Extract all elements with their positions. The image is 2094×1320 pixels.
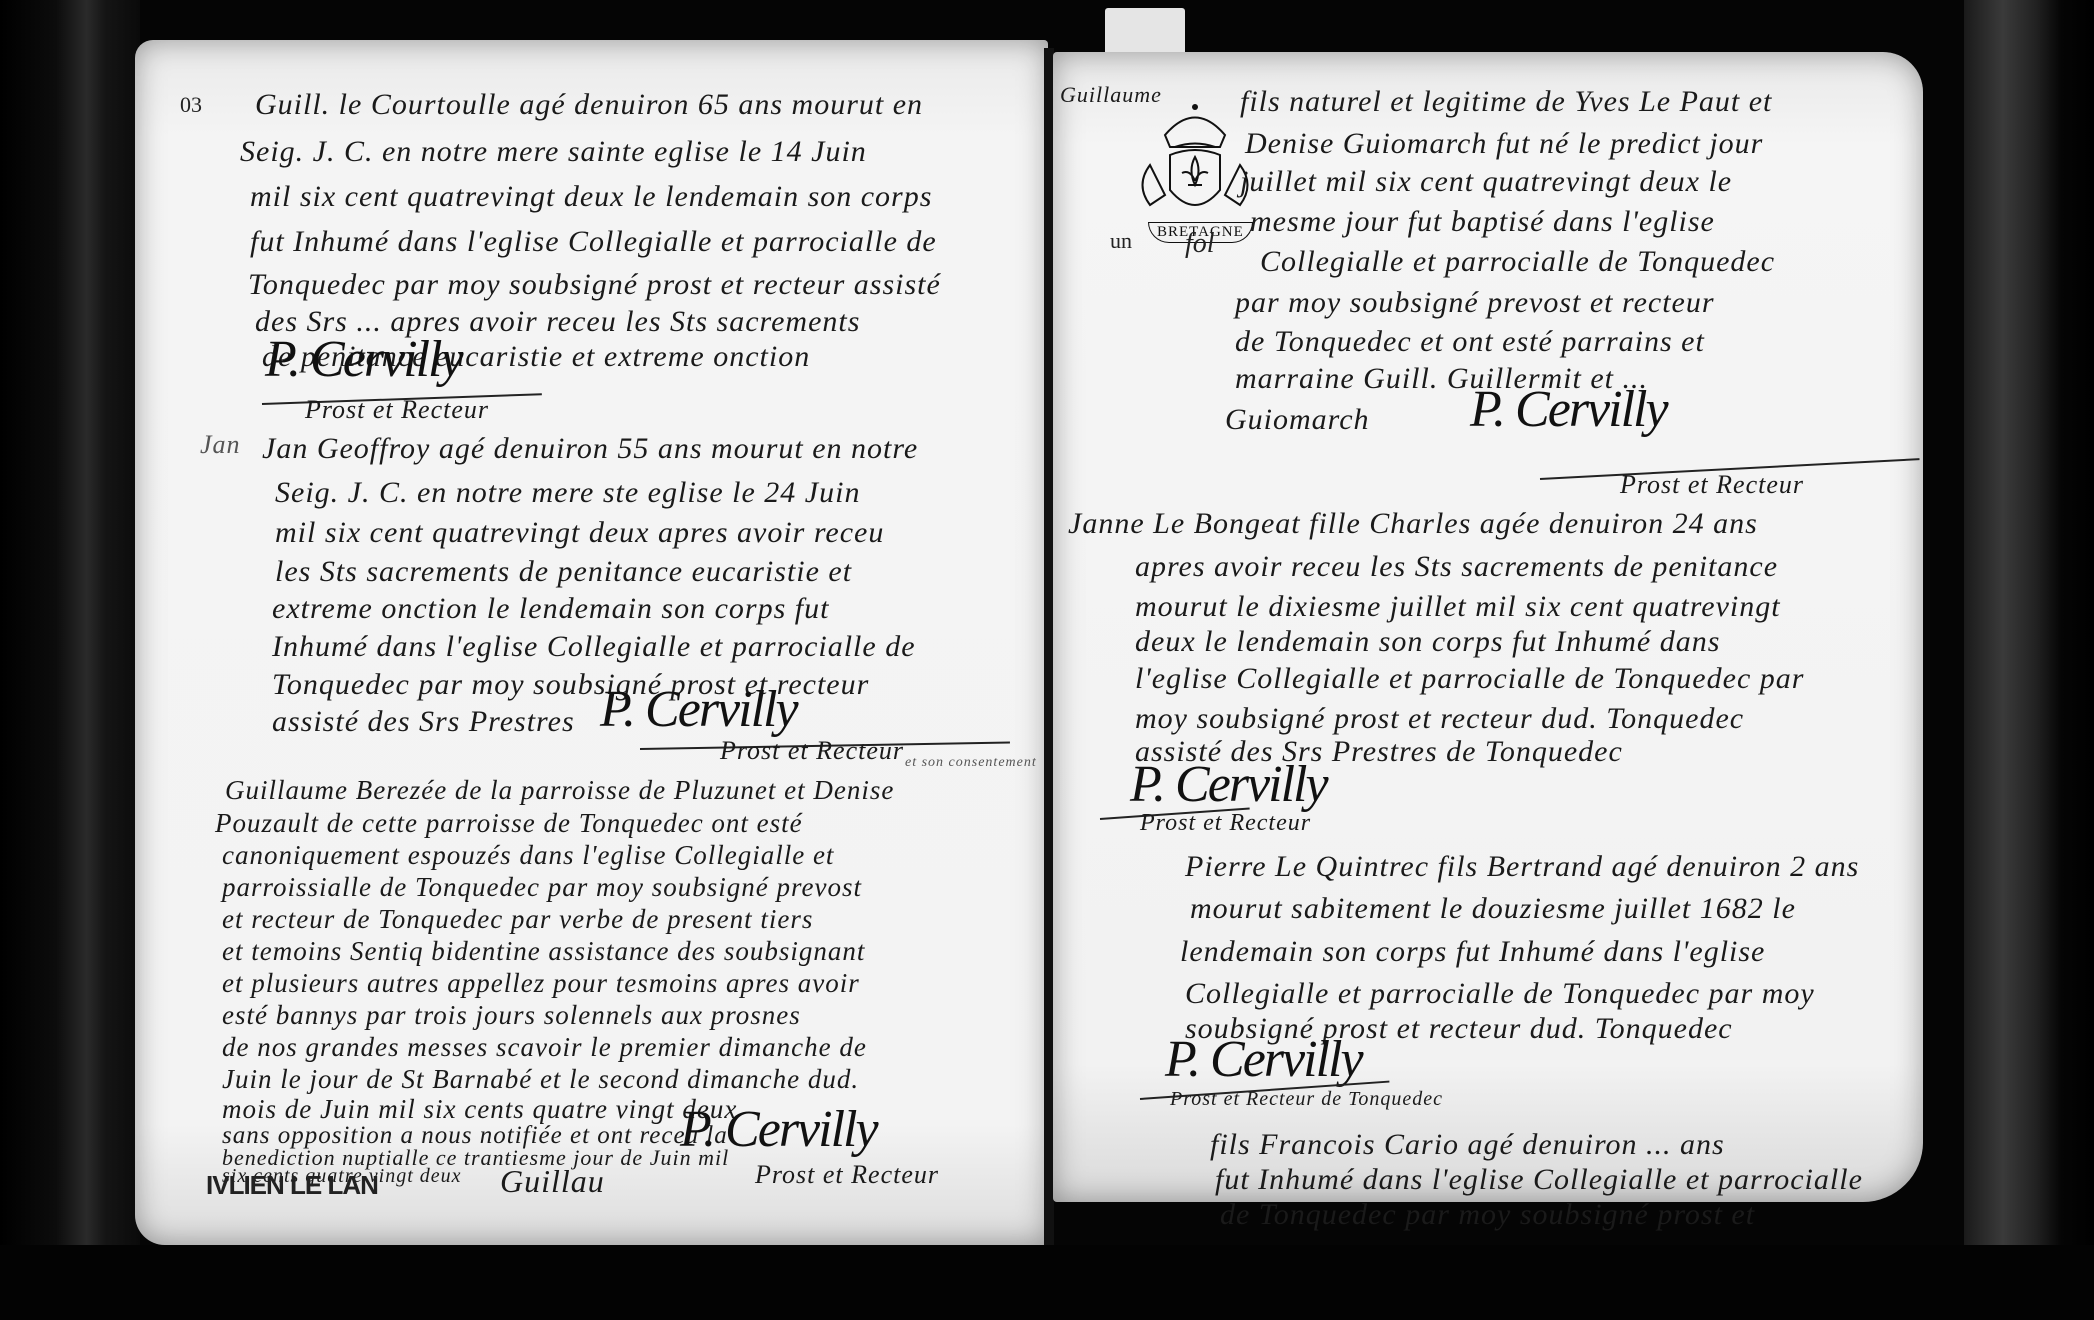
entry-line: par moy soubsigné prevost et recteur (1235, 286, 1715, 320)
entry-line: mil six cent quatrevingt deux le lendema… (250, 180, 932, 214)
entry-line: Inhumé dans l'eglise Collegialle et parr… (272, 630, 916, 664)
entry-line: moy soubsigné prost et recteur dud. Tonq… (1135, 702, 1744, 736)
entry-line: fils Francois Cario agé denuiron ... ans (1210, 1128, 1725, 1162)
entry-line: Jan Geoffroy agé denuiron 55 ans mourut … (262, 432, 918, 466)
signature-title: Prost et Recteur (305, 395, 489, 425)
entry-line: Collegialle et parrocialle de Tonquedec … (1185, 977, 1815, 1011)
signature-title: Prost et Recteur de Tonquedec (1170, 1088, 1443, 1111)
entry-line: et plusieurs autres appellez pour tesmoi… (222, 968, 860, 999)
witness-signature: Guillau (500, 1163, 605, 1200)
entry-line: Guiomarch (1225, 403, 1370, 437)
entry-line: assisté des Srs Prestres (272, 705, 575, 739)
entry-line: mil six cent quatrevingt deux apres avoi… (275, 516, 884, 550)
entry-line: l'eglise Collegialle et parrocialle de T… (1135, 662, 1804, 696)
entry-line: mois de Juin mil six cents quatre vingt … (222, 1094, 737, 1125)
priest-signature: P. Cervilly (600, 680, 797, 739)
entry-line: Pouzault de cette parroisse de Tonquedec… (215, 808, 803, 839)
entry-line: Tonquedec par moy soubsigné prost et rec… (248, 268, 941, 302)
signature-title: Prost et Recteur (755, 1160, 939, 1190)
entry-line: de Tonquedec et ont esté parrains et (1235, 325, 1705, 359)
entry-line: et temoins Sentiq bidentine assistance d… (222, 936, 865, 967)
entry-line: deux le lendemain son corps fut Inhumé d… (1135, 625, 1720, 659)
entry-line: Denise Guiomarch fut né le predict jour (1245, 127, 1763, 161)
entry-line: mourut le dixiesme juillet mil six cent … (1135, 590, 1781, 624)
priest-signature: P. Cervilly (680, 1100, 877, 1159)
entry-line: Collegialle et parrocialle de Tonquedec (1260, 245, 1775, 279)
signature-title: Prost et Recteur (720, 736, 904, 766)
entry-line: de nos grandes messes scavoir le premier… (222, 1032, 867, 1063)
entry-line: canoniquement espouzés dans l'eglise Col… (222, 840, 834, 871)
entry-line: lendemain son corps fut Inhumé dans l'eg… (1180, 935, 1765, 969)
entry-line: Seig. J. C. en notre mere ste eglise le … (275, 476, 860, 510)
entry-line: et recteur de Tonquedec par verbe de pre… (222, 904, 813, 935)
entry-line: esté bannys par trois jours solennels au… (222, 1000, 801, 1031)
entry-line: mourut sabitement le douziesme juillet 1… (1190, 892, 1796, 926)
priest-signature: P. Cervilly (265, 330, 462, 389)
entry-line: de Tonquedec par moy soubsigné prost et (1220, 1198, 1755, 1232)
witness-signature: IVLIEN LE LAN (206, 1170, 378, 1201)
entry-line: fut Inhumé dans l'eglise Collegialle et … (250, 225, 937, 259)
signature-title: Prost et Recteur (1620, 470, 1804, 500)
entry-line: Guillaume Berezée de la parroisse de Plu… (225, 775, 894, 806)
entry-line: juillet mil six cent quatrevingt deux le (1240, 165, 1732, 199)
entry-line: Juin le jour de St Barnabé et le second … (222, 1064, 859, 1095)
priest-signature: P. Cervilly (1470, 380, 1667, 439)
margin-name: Guillaume (1060, 82, 1162, 108)
page-tab-marker (1105, 8, 1185, 56)
signature-title: Prost et Recteur (1140, 810, 1311, 837)
folio-mark: fol (1185, 228, 1215, 260)
entry-line: apres avoir receu les Sts sacrements de … (1135, 550, 1778, 584)
margin-number: 03 (180, 92, 202, 118)
entry-line: Pierre Le Quintrec fils Bertrand agé den… (1185, 850, 1859, 884)
entry-line: extreme onction le lendemain son corps f… (272, 592, 829, 626)
book-binding-right (1964, 0, 2094, 1320)
margin-insert: et son consentement (905, 755, 1037, 771)
entry-line: parroissialle de Tonquedec par moy soubs… (222, 872, 862, 903)
entry-line: fut Inhumé dans l'eglise Collegialle et … (1215, 1163, 1863, 1197)
priest-signature: P. Cervilly (1165, 1030, 1362, 1089)
entry-line: Janne Le Bongeat fille Charles agée denu… (1068, 507, 1758, 541)
scan-bottom-background (0, 1245, 2094, 1320)
entry-line: les Sts sacrements de penitance eucarist… (275, 555, 852, 589)
priest-signature: P. Cervilly (1130, 755, 1327, 814)
margin-name: Jan (200, 430, 241, 460)
entry-line: Guill. le Courtoulle agé denuiron 65 ans… (255, 88, 923, 122)
book-binding-left (0, 0, 140, 1320)
entry-line: mesme jour fut baptisé dans l'eglise (1250, 205, 1715, 239)
entry-line: Seig. J. C. en notre mere sainte eglise … (240, 135, 867, 169)
folio-mark: un (1110, 228, 1132, 254)
entry-line: fils naturel et legitime de Yves Le Paut… (1240, 85, 1772, 119)
